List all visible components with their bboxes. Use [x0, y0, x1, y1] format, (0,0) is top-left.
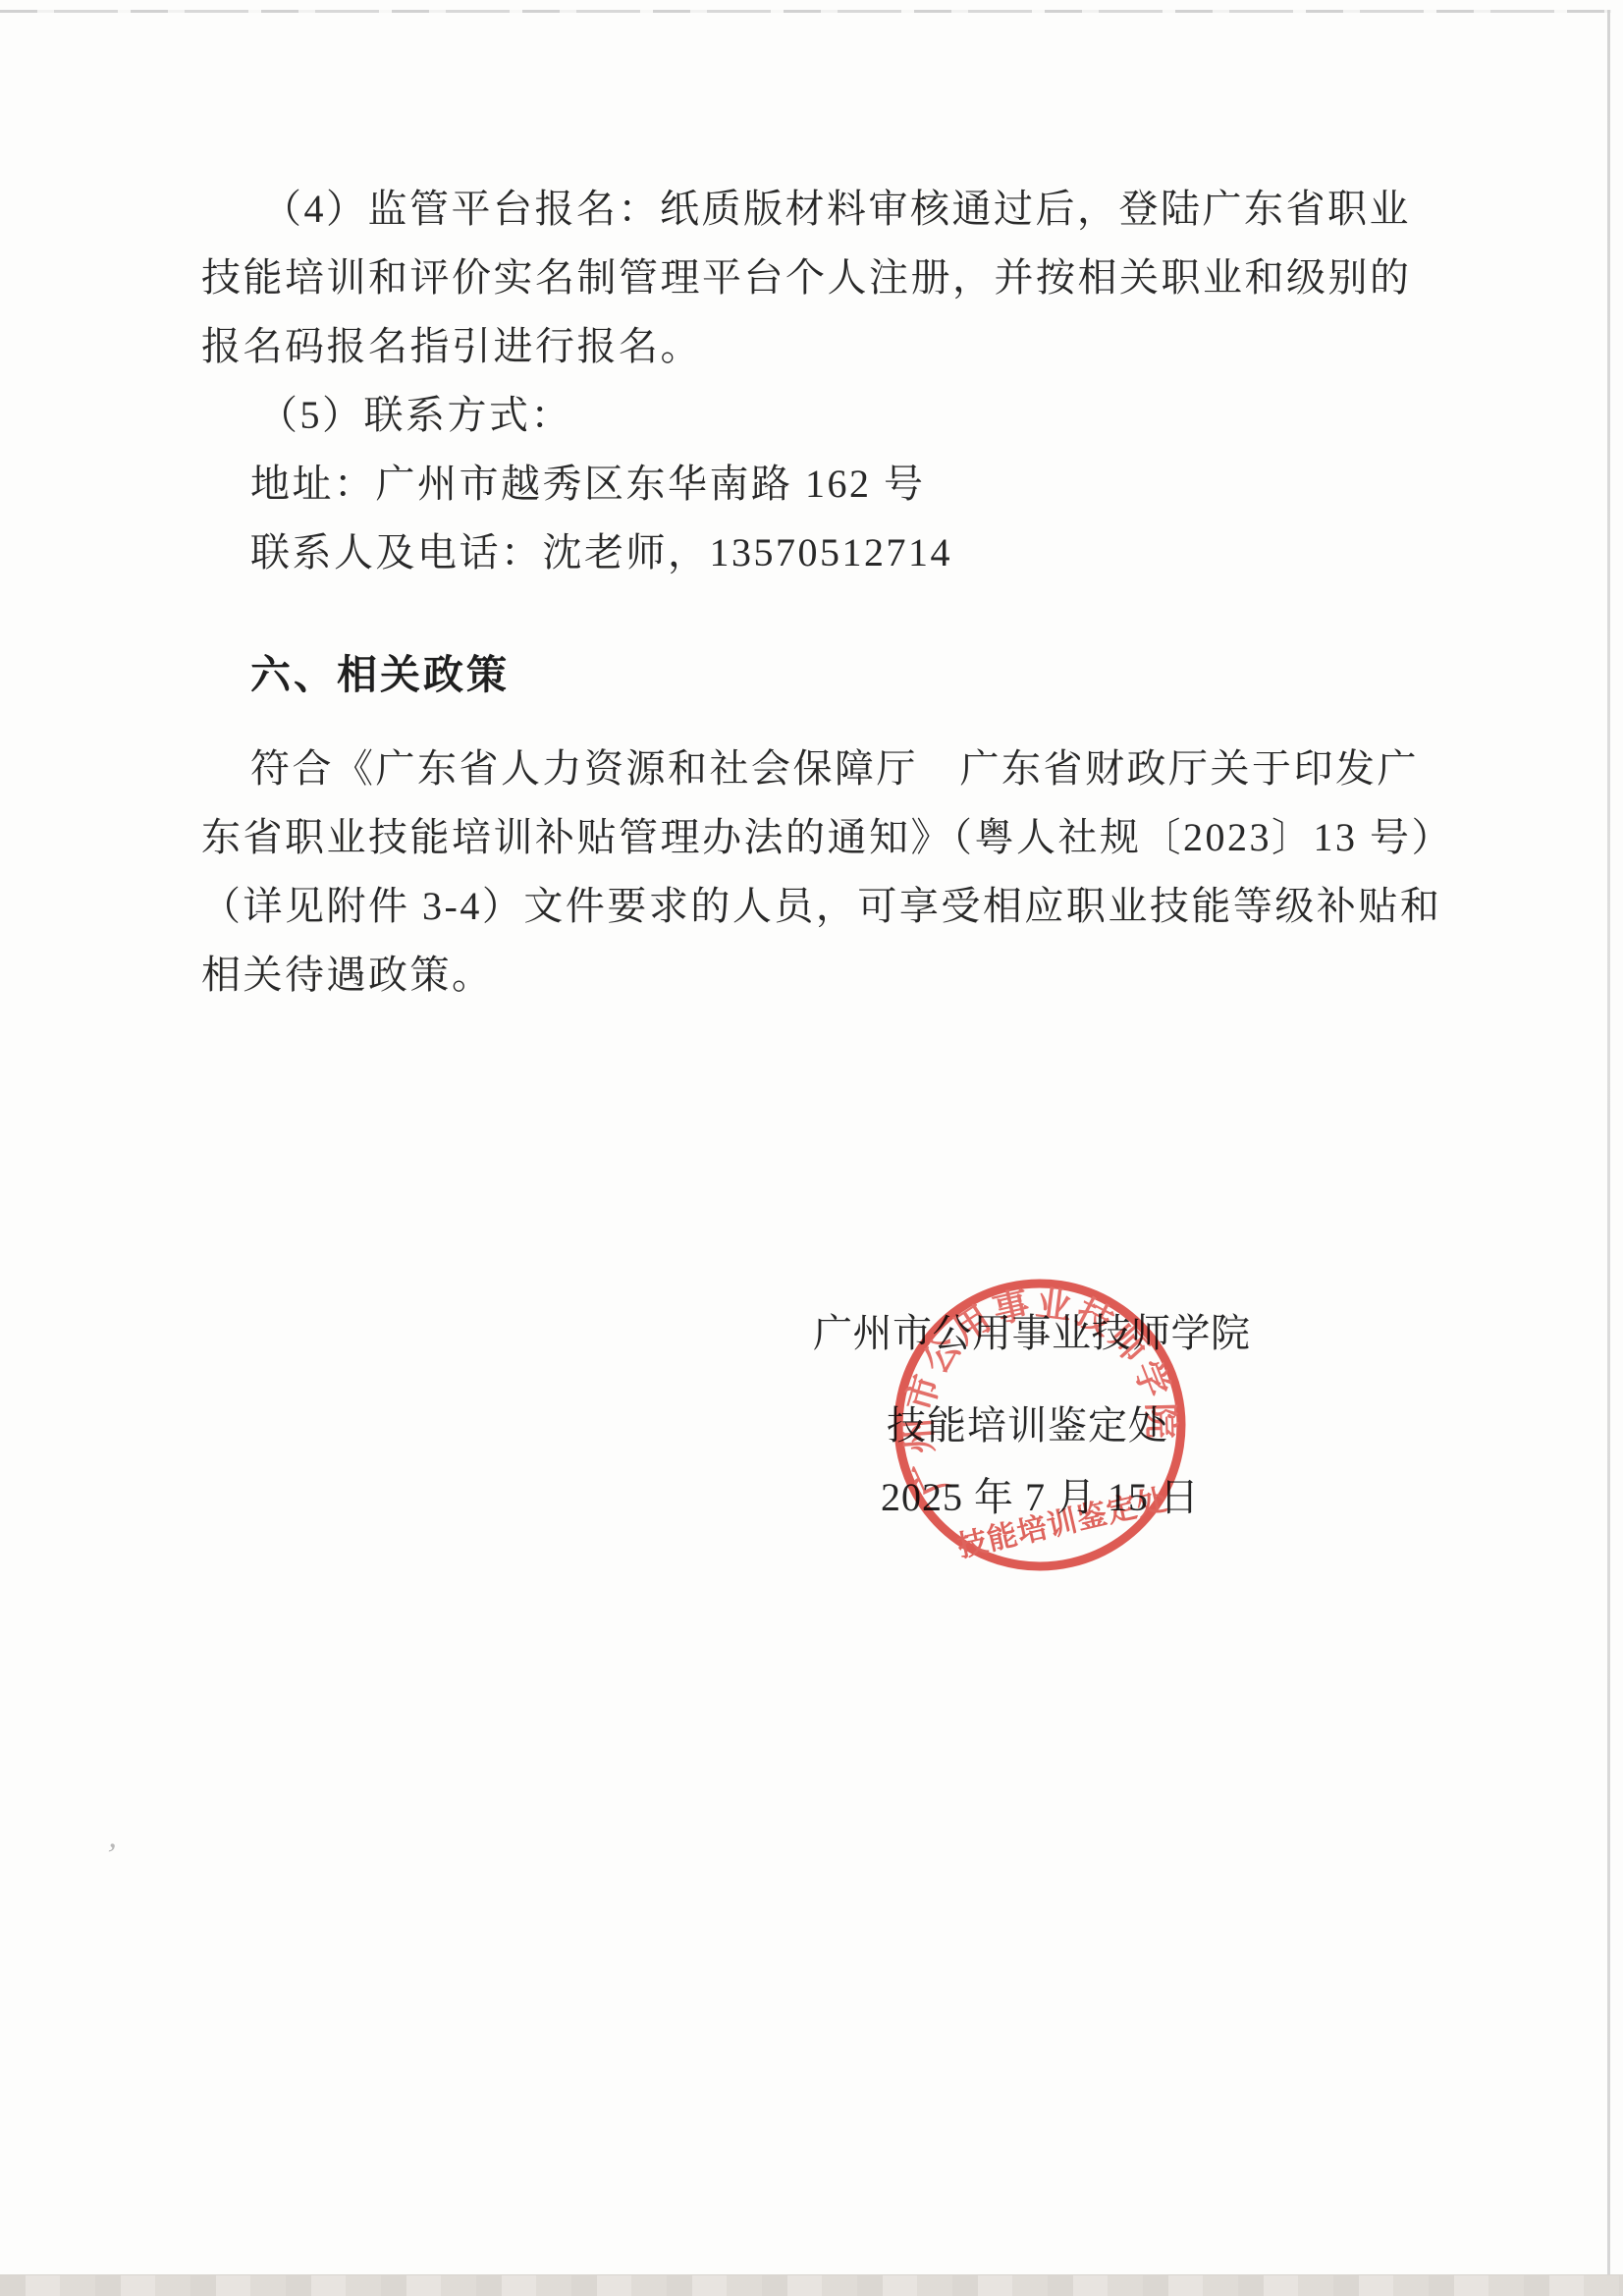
paragraph-4-line-1: （4）监管平台报名：纸质版材料审核通过后，登陆广东省职业	[201, 175, 1429, 244]
document-page: , （4）监管平台报名：纸质版材料审核通过后，登陆广东省职业 技能培训和评价实名…	[0, 0, 1623, 2296]
svg-text:广州市公用事业技师学院: 广州市公用事业技师学院	[892, 1277, 1188, 1503]
scan-artifact-mark: ,	[107, 1819, 122, 1857]
paragraph-4-line-3: 报名码报名指引进行报名。	[201, 312, 1429, 381]
policy-line-2: 东省职业技能培训补贴管理办法的通知》（粤人社规〔2023〕13 号）	[201, 803, 1429, 872]
body-paragraphs: （4）监管平台报名：纸质版材料审核通过后，登陆广东省职业 技能培训和评价实名制管…	[201, 175, 1429, 587]
scan-top-edge-line	[0, 10, 1611, 13]
section-heading: 六、相关政策	[201, 640, 1478, 709]
policy-paragraph: 符合《广东省人力资源和社会保障厅 广东省财政厅关于印发广 东省职业技能培训补贴管…	[201, 735, 1429, 1010]
paragraph-5-heading: （5）联系方式：	[201, 381, 1429, 450]
policy-line-4: 相关待遇政策。	[201, 941, 1429, 1010]
policy-line-3: （详见附件 3-4）文件要求的人员，可享受相应职业技能等级补贴和	[201, 872, 1429, 941]
address-line: 地址：广州市越秀区东华南路 162 号	[201, 450, 1429, 519]
official-seal: 广州市公用事业技师学院 技能培训鉴定处	[892, 1277, 1188, 1573]
paragraph-4-line-2: 技能培训和评价实名制管理平台个人注册，并按相关职业和级别的	[201, 244, 1429, 312]
policy-line-1: 符合《广东省人力资源和社会保障厅 广东省财政厅关于印发广	[201, 735, 1429, 803]
seal-bottom-text: 技能培训鉴定处	[954, 1482, 1171, 1563]
seal-ring-text: 广州市公用事业技师学院	[892, 1277, 1188, 1503]
scan-bottom-edge-band	[0, 2274, 1623, 2296]
scan-right-edge-line	[1607, 10, 1610, 2296]
contact-line: 联系人及电话：沈老师，13570512714	[201, 519, 1429, 587]
